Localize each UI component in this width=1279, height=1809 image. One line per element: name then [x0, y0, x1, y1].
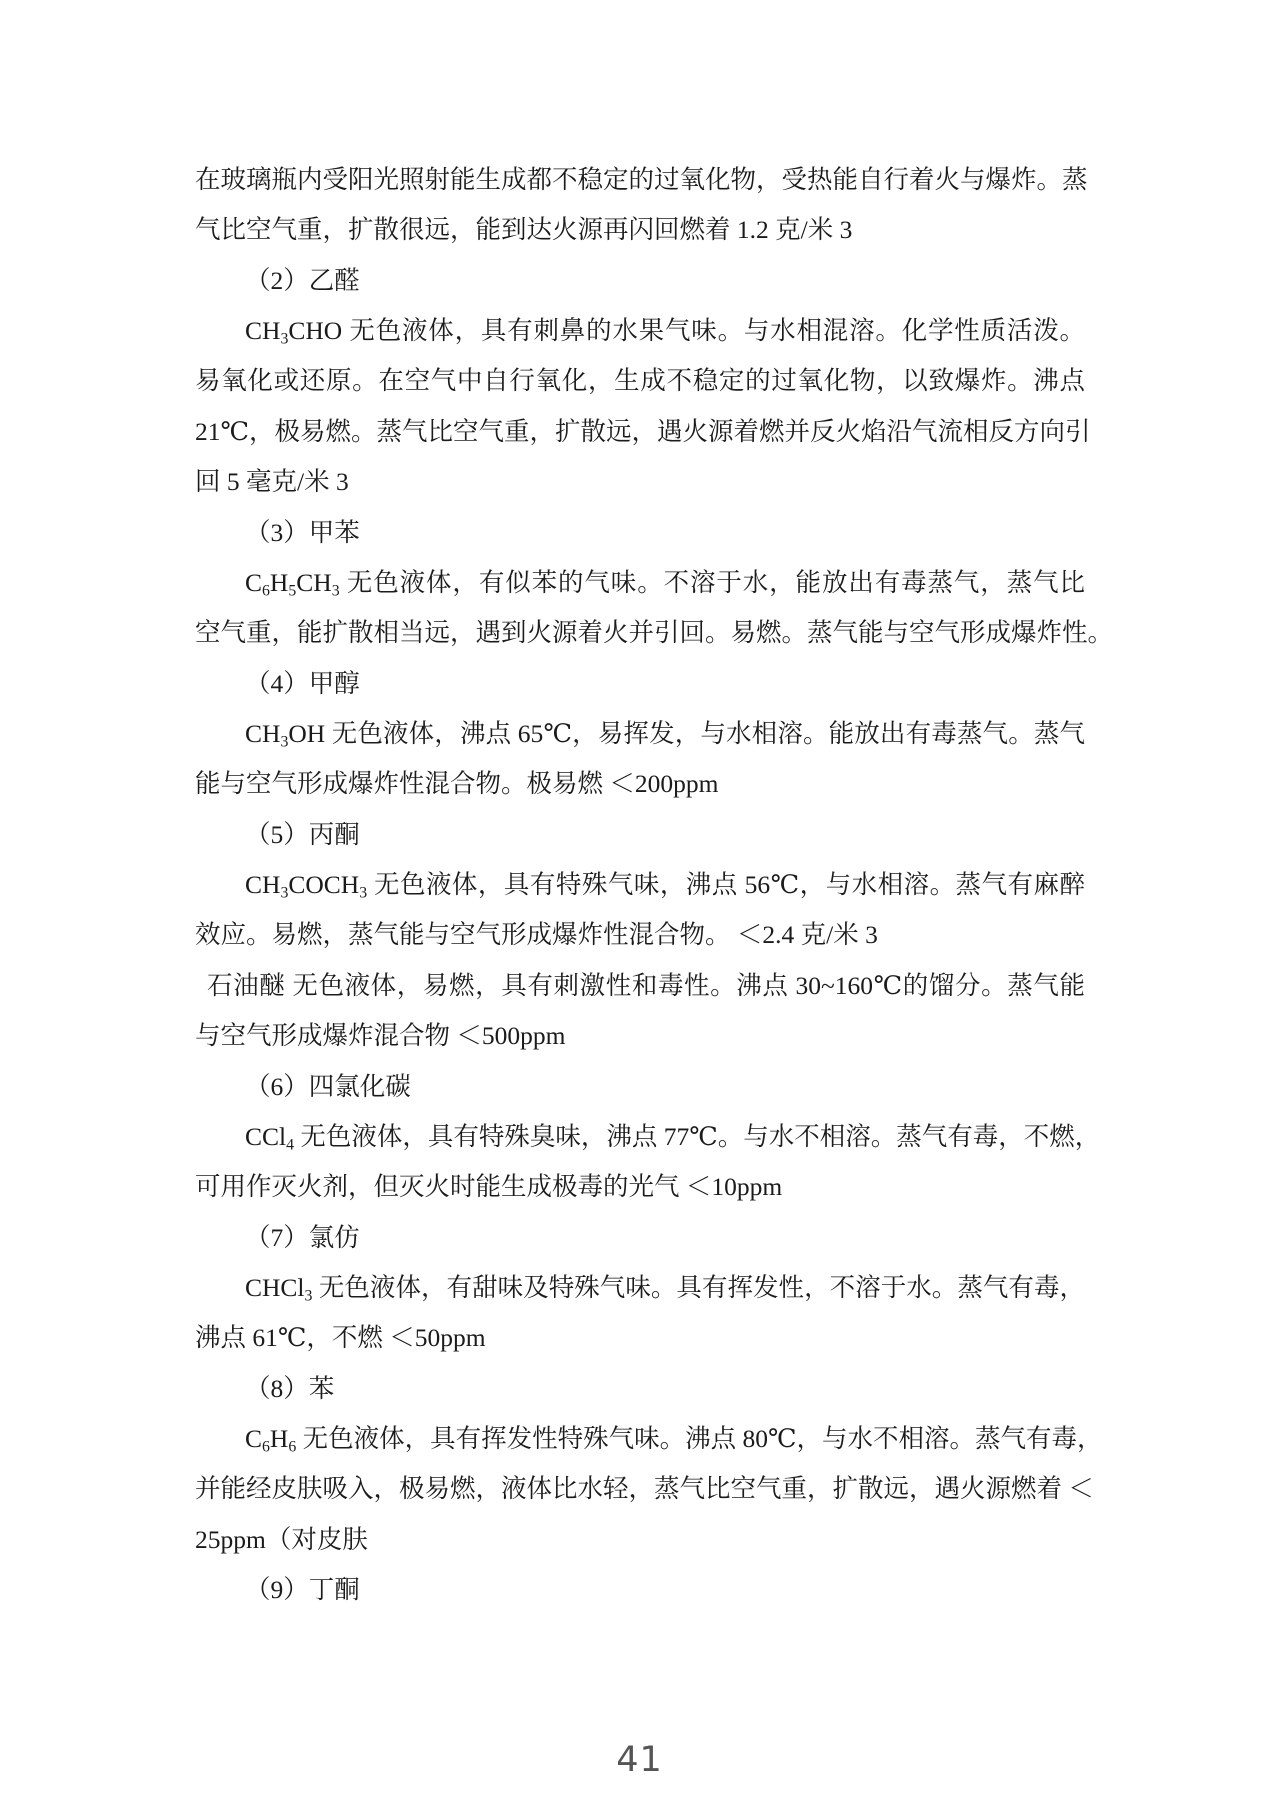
text-segment: CH	[245, 316, 280, 345]
page-number: 41	[0, 1740, 1279, 1780]
text-segment: （5）丙酮	[245, 820, 360, 849]
paragraph-first-line: CH3COCH3 无色液体，具有特殊气味，沸点 56℃，与水相溶。蒸气有麻醉	[195, 867, 1085, 903]
text-segment: 效应。易燃，蒸气能与空气形成爆炸性混合物。 ＜2.4 克/米 3	[195, 920, 878, 949]
paragraph-first-line: C6H5CH3 无色液体，有似苯的气味。不溶于水，能放出有毒蒸气，蒸气比	[195, 565, 1085, 601]
text-segment: H	[270, 1424, 288, 1453]
subscript: 3	[359, 884, 367, 901]
text-segment: H	[270, 568, 288, 597]
paragraph-first-line: CHCl3 无色液体，有甜味及特殊气味。具有挥发性，不溶于水。蒸气有毒，	[195, 1270, 1085, 1306]
paragraph-last-line: 可用作灭火剂，但灭火时能生成极毒的光气 ＜10ppm	[195, 1169, 1085, 1205]
text-segment: 石油醚 无色液体，易燃，具有刺激性和毒性。沸点 30~160℃的馏分。蒸气能	[207, 971, 1085, 1000]
subscript: 6	[262, 1438, 270, 1455]
section-heading: （7）氯仿	[195, 1220, 1085, 1256]
text-segment: 与空气形成爆炸混合物 ＜500ppm	[195, 1021, 565, 1050]
text-segment: C	[245, 1424, 262, 1453]
text-segment: 空气重，能扩散相当远，遇到火源着火并引回。易燃。蒸气能与空气形成爆炸性。	[195, 618, 1113, 647]
text-segment: 无色液体，具有特殊臭味，沸点 77℃。与水不相溶。蒸气有毒，不燃，	[294, 1122, 1100, 1151]
paragraph-line: 21℃，极易燃。蒸气比空气重，扩散远，遇火源着燃并反火焰沿气流相反方向引	[195, 414, 1085, 450]
subscript: 3	[332, 582, 340, 599]
text-segment: （7）氯仿	[245, 1223, 360, 1252]
text-segment: （6）四氯化碳	[245, 1072, 411, 1101]
paragraph-line: 在玻璃瓶内受阳光照射能生成都不稳定的过氧化物，受热能自行着火与爆炸。蒸	[195, 162, 1085, 198]
text-segment: 可用作灭火剂，但灭火时能生成极毒的光气 ＜10ppm	[195, 1172, 782, 1201]
text-segment: 能与空气形成爆炸性混合物。极易燃 ＜200ppm	[195, 769, 718, 798]
text-segment: 气比空气重，扩散很远，能到达火源再闪回燃着 1.2 克/米 3	[195, 215, 852, 244]
text-segment: （9）丁酮	[245, 1575, 360, 1604]
text-segment: 21℃，极易燃。蒸气比空气重，扩散远，遇火源着燃并反火焰沿气流相反方向引	[195, 417, 1091, 446]
text-segment: CHCl	[245, 1273, 305, 1302]
text-segment: CHO 无色液体，具有刺鼻的水果气味。与水相混溶。化学性质活泼。	[288, 316, 1085, 345]
document-page: 在玻璃瓶内受阳光照射能生成都不稳定的过氧化物，受热能自行着火与爆炸。蒸气比空气重…	[0, 0, 1279, 1809]
text-segment: COCH	[288, 870, 359, 899]
text-segment: 无色液体，具有挥发性特殊气味。沸点 80℃，与水不相溶。蒸气有毒，	[296, 1424, 1102, 1453]
section-heading: （6）四氯化碳	[195, 1069, 1085, 1105]
text-segment: CH	[245, 870, 280, 899]
paragraph-last-line: 沸点 61℃，不燃 ＜50ppm	[195, 1320, 1085, 1356]
paragraph-first-line: CCl4 无色液体，具有特殊臭味，沸点 77℃。与水不相溶。蒸气有毒，不燃，	[195, 1119, 1085, 1155]
paragraph-line: 空气重，能扩散相当远，遇到火源着火并引回。易燃。蒸气能与空气形成爆炸性。	[195, 615, 1085, 651]
text-segment: （2）乙醛	[245, 266, 360, 295]
paragraph-last-line: 25ppm（对皮肤	[195, 1522, 1085, 1558]
text-segment: 25ppm（对皮肤	[195, 1525, 368, 1554]
text-segment: 回 5 毫克/米 3	[195, 467, 349, 496]
text-segment: 无色液体，有似苯的气味。不溶于水，能放出有毒蒸气，蒸气比	[340, 568, 1085, 597]
text-segment: CH	[296, 568, 331, 597]
text-segment: 无色液体，具有特殊气味，沸点 56℃，与水相溶。蒸气有麻醉	[367, 870, 1085, 899]
paragraph-first-line: C6H6 无色液体，具有挥发性特殊气味。沸点 80℃，与水不相溶。蒸气有毒，	[195, 1421, 1085, 1457]
text-segment: 沸点 61℃，不燃 ＜50ppm	[195, 1323, 486, 1352]
section-heading: （3）甲苯	[195, 515, 1085, 551]
text-segment: 在玻璃瓶内受阳光照射能生成都不稳定的过氧化物，受热能自行着火与爆炸。蒸	[195, 165, 1088, 194]
subscript: 4	[286, 1136, 294, 1153]
paragraph-line: 并能经皮肤吸入，极易燃，液体比水轻，蒸气比空气重，扩散远，遇火源燃着 ＜	[195, 1471, 1085, 1507]
text-segment: 并能经皮肤吸入，极易燃，液体比水轻，蒸气比空气重，扩散远，遇火源燃着 ＜	[195, 1474, 1094, 1503]
subscript: 6	[262, 582, 270, 599]
paragraph-first-line: 石油醚 无色液体，易燃，具有刺激性和毒性。沸点 30~160℃的馏分。蒸气能	[195, 968, 1085, 1004]
section-heading: （4）甲醇	[195, 666, 1085, 702]
paragraph-last-line: 气比空气重，扩散很远，能到达火源再闪回燃着 1.2 克/米 3	[195, 212, 1085, 248]
text-segment: 易氧化或还原。在空气中自行氧化，生成不稳定的过氧化物，以致爆炸。沸点	[195, 366, 1085, 395]
paragraph-line: 易氧化或还原。在空气中自行氧化，生成不稳定的过氧化物，以致爆炸。沸点	[195, 363, 1085, 399]
paragraph-first-line: CH3CHO 无色液体，具有刺鼻的水果气味。与水相混溶。化学性质活泼。	[195, 313, 1085, 349]
paragraph-last-line: 能与空气形成爆炸性混合物。极易燃 ＜200ppm	[195, 766, 1085, 802]
text-segment: 无色液体，有甜味及特殊气味。具有挥发性，不溶于水。蒸气有毒，	[312, 1273, 1085, 1302]
paragraph-first-line: CH3OH 无色液体，沸点 65℃，易挥发，与水相溶。能放出有毒蒸气。蒸气	[195, 716, 1085, 752]
text-segment: CCl	[245, 1122, 286, 1151]
text-segment: OH 无色液体，沸点 65℃，易挥发，与水相溶。能放出有毒蒸气。蒸气	[288, 719, 1085, 748]
paragraph-last-line: 与空气形成爆炸混合物 ＜500ppm	[195, 1018, 1085, 1054]
text-segment: （4）甲醇	[245, 669, 360, 698]
text-segment: C	[245, 568, 262, 597]
paragraph-last-line: 效应。易燃，蒸气能与空气形成爆炸性混合物。 ＜2.4 克/米 3	[195, 917, 1085, 953]
section-heading: （8）苯	[195, 1371, 1085, 1407]
text-segment: CH	[245, 719, 280, 748]
section-heading: （9）丁酮	[195, 1572, 1085, 1608]
text-segment: （8）苯	[245, 1374, 334, 1403]
text-segment: （3）甲苯	[245, 518, 360, 547]
section-heading: （5）丙酮	[195, 817, 1085, 853]
section-heading: （2）乙醛	[195, 263, 1085, 299]
paragraph-last-line: 回 5 毫克/米 3	[195, 464, 1085, 500]
